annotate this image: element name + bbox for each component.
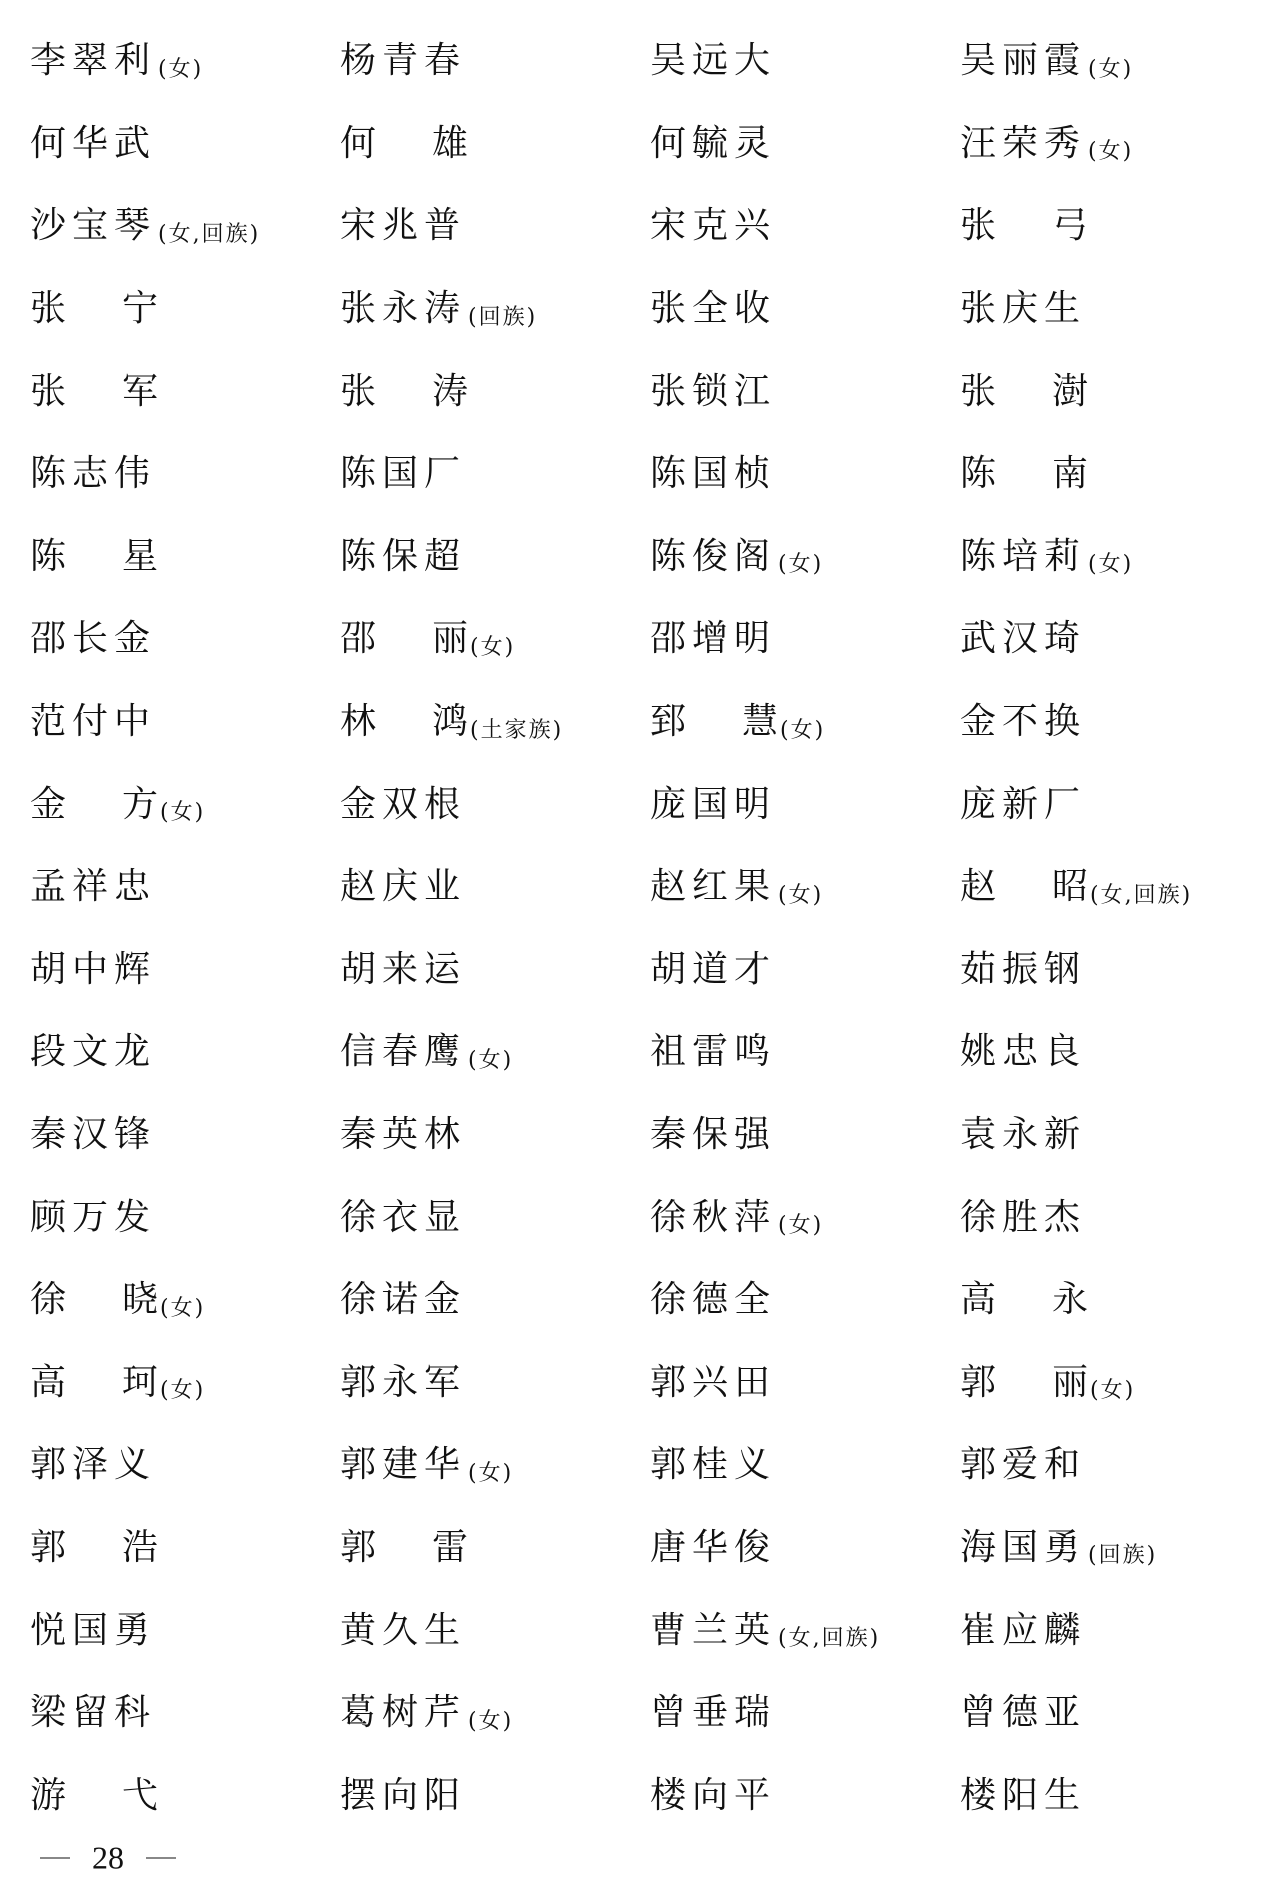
- name-annotation: (女): [158, 52, 203, 83]
- person-name: 信春鹰: [340, 1034, 466, 1070]
- name-char: 张: [30, 291, 66, 327]
- person-name: 庞新厂: [960, 787, 1086, 823]
- name-annotation: (女,回族): [1090, 878, 1192, 909]
- person-name: 顾万发: [30, 1200, 156, 1236]
- name-char: 张: [960, 374, 996, 410]
- name-annotation: (女): [778, 547, 823, 578]
- person-name: 陈国厂: [340, 456, 466, 492]
- name-entry: 吴远大: [650, 20, 960, 103]
- name-char: 雄: [432, 126, 468, 162]
- person-name: 徐诺金: [340, 1282, 466, 1318]
- person-name: 陈国桢: [650, 456, 776, 492]
- person-name: 赵庆业: [340, 869, 466, 905]
- name-entry: 徐秋萍(女): [650, 1176, 960, 1259]
- name-annotation: (女): [160, 1291, 205, 1322]
- name-entry: 吴丽霞(女): [960, 20, 1270, 103]
- name-char: 何: [340, 126, 376, 162]
- person-name: 徐德全: [650, 1282, 776, 1318]
- person-name: 曹兰英: [650, 1613, 776, 1649]
- name-entry: 杨青春: [340, 20, 650, 103]
- name-entry: 顾万发: [30, 1176, 340, 1259]
- person-name: 段文龙: [30, 1034, 156, 1070]
- name-char: 永: [1052, 1282, 1088, 1318]
- person-name: 武汉琦: [960, 621, 1086, 657]
- name-annotation: (回族): [468, 300, 537, 331]
- name-char: 方: [122, 787, 158, 823]
- person-name: 孟祥忠: [30, 869, 156, 905]
- name-entry: 郭兴田: [650, 1342, 960, 1425]
- person-name: 何华武: [30, 126, 156, 162]
- person-name: 郭爱和: [960, 1447, 1086, 1483]
- name-entry: 郭泽义: [30, 1424, 340, 1507]
- name-char: 弓: [1052, 208, 1088, 244]
- person-name: 袁永新: [960, 1117, 1086, 1153]
- page-footer: 28: [40, 1840, 176, 1877]
- name-entry: 段文龙: [30, 1011, 340, 1094]
- person-name: 张全收: [650, 291, 776, 327]
- person-name: 郭永军: [340, 1365, 466, 1401]
- name-entry: 邵丽(女): [340, 598, 650, 681]
- person-name: 陈俊阁: [650, 539, 776, 575]
- person-name: 宋克兴: [650, 208, 776, 244]
- name-entry: 袁永新: [960, 1094, 1270, 1177]
- name-char: 南: [1052, 456, 1088, 492]
- person-name: 葛树芹: [340, 1695, 466, 1731]
- name-entry: 曾垂瑞: [650, 1672, 960, 1755]
- name-entry: 宋兆普: [340, 185, 650, 268]
- person-name: 李翠利: [30, 43, 156, 79]
- person-name: 胡道才: [650, 952, 776, 988]
- name-entry: 秦保强: [650, 1094, 960, 1177]
- name-annotation: (土家族): [470, 713, 563, 744]
- name-char: 珂: [122, 1365, 158, 1401]
- person-name: 吴丽霞: [960, 43, 1086, 79]
- name-entry: 张宁: [30, 268, 340, 351]
- name-entry: 范付中: [30, 681, 340, 764]
- person-name: 郭浩: [30, 1530, 158, 1566]
- name-char: 金: [30, 787, 66, 823]
- person-name: 张弓: [960, 208, 1088, 244]
- name-char: 高: [960, 1282, 996, 1318]
- person-name: 唐华俊: [650, 1530, 776, 1566]
- person-name: 杨青春: [340, 43, 466, 79]
- footer-dash-right: [146, 1857, 176, 1859]
- person-name: 张永涛: [340, 291, 466, 327]
- name-entry: 张锁江: [650, 350, 960, 433]
- person-name: 邵长金: [30, 621, 156, 657]
- person-name: 吴远大: [650, 43, 776, 79]
- name-char: 张: [340, 374, 376, 410]
- name-entry: 张弓: [960, 185, 1270, 268]
- person-name: 茹振钢: [960, 952, 1086, 988]
- name-char: 张: [30, 374, 66, 410]
- person-name: 张澍: [960, 374, 1088, 410]
- person-name: 范付中: [30, 704, 156, 740]
- name-entry: 高珂(女): [30, 1342, 340, 1425]
- name-entry: 摆向阳: [340, 1754, 650, 1837]
- name-entry: 胡道才: [650, 929, 960, 1012]
- name-entry: 邵长金: [30, 598, 340, 681]
- person-name: 郭建华: [340, 1447, 466, 1483]
- name-entry: 徐衣显: [340, 1176, 650, 1259]
- name-char: 陈: [960, 456, 996, 492]
- person-name: 赵红果: [650, 869, 776, 905]
- name-char: 丽: [1052, 1365, 1088, 1401]
- name-entry: 陈培莉(女): [960, 516, 1270, 599]
- person-name: 陈保超: [340, 539, 466, 575]
- name-entry: 信春鹰(女): [340, 1011, 650, 1094]
- name-entry: 郭雷: [340, 1507, 650, 1590]
- name-entry: 郭爱和: [960, 1424, 1270, 1507]
- name-entry: 游弋: [30, 1754, 340, 1837]
- person-name: 林鸿: [340, 704, 468, 740]
- name-char: 澍: [1052, 374, 1088, 410]
- person-name: 郭兴田: [650, 1365, 776, 1401]
- name-entry: 庞国明: [650, 763, 960, 846]
- name-char: 郭: [340, 1530, 376, 1566]
- person-name: 秦英林: [340, 1117, 466, 1153]
- name-entry: 唐华俊: [650, 1507, 960, 1590]
- name-char: 郅: [650, 704, 686, 740]
- name-entry: 赵红果(女): [650, 846, 960, 929]
- name-entry: 秦汉锋: [30, 1094, 340, 1177]
- name-entry: 悦国勇: [30, 1589, 340, 1672]
- person-name: 沙宝琴: [30, 208, 156, 244]
- name-annotation: (女): [780, 713, 825, 744]
- person-name: 张宁: [30, 291, 158, 327]
- name-entry: 陈俊阁(女): [650, 516, 960, 599]
- name-entry: 郭建华(女): [340, 1424, 650, 1507]
- name-annotation: (女): [1088, 547, 1133, 578]
- name-entry: 陈南: [960, 433, 1270, 516]
- person-name: 陈星: [30, 539, 158, 575]
- name-entry: 郭丽(女): [960, 1342, 1270, 1425]
- person-name: 高珂: [30, 1365, 158, 1401]
- person-name: 陈培莉: [960, 539, 1086, 575]
- name-entry: 高永: [960, 1259, 1270, 1342]
- name-entry: 秦英林: [340, 1094, 650, 1177]
- name-entry: 徐晓(女): [30, 1259, 340, 1342]
- person-name: 徐秋萍: [650, 1200, 776, 1236]
- name-entry: 汪荣秀(女): [960, 103, 1270, 186]
- name-entry: 孟祥忠: [30, 846, 340, 929]
- name-entry: 胡来运: [340, 929, 650, 1012]
- name-char: 星: [122, 539, 158, 575]
- person-name: 庞国明: [650, 787, 776, 823]
- name-char: 赵: [960, 869, 996, 905]
- person-name: 陈志伟: [30, 456, 156, 492]
- name-entry: 郭桂义: [650, 1424, 960, 1507]
- person-name: 游弋: [30, 1778, 158, 1814]
- name-char: 晓: [122, 1282, 158, 1318]
- name-entry: 徐德全: [650, 1259, 960, 1342]
- person-name: 何雄: [340, 126, 468, 162]
- name-entry: 金不换: [960, 681, 1270, 764]
- person-name: 祖雷鸣: [650, 1034, 776, 1070]
- name-entry: 赵昭(女,回族): [960, 846, 1270, 929]
- name-annotation: (女): [778, 878, 823, 909]
- name-entry: 郭浩: [30, 1507, 340, 1590]
- name-entry: 陈志伟: [30, 433, 340, 516]
- person-name: 曾德亚: [960, 1695, 1086, 1731]
- person-name: 曾垂瑞: [650, 1695, 776, 1731]
- name-entry: 茹振钢: [960, 929, 1270, 1012]
- person-name: 楼向平: [650, 1778, 776, 1814]
- person-name: 徐胜杰: [960, 1200, 1086, 1236]
- name-annotation: (女,回族): [778, 1621, 880, 1652]
- name-char: 宁: [122, 291, 158, 327]
- person-name: 秦汉锋: [30, 1117, 156, 1153]
- person-name: 张军: [30, 374, 158, 410]
- name-entry: 何雄: [340, 103, 650, 186]
- person-name: 摆向阳: [340, 1778, 466, 1814]
- footer-dash-left: [40, 1857, 70, 1859]
- name-annotation: (女): [468, 1704, 513, 1735]
- person-name: 郭桂义: [650, 1447, 776, 1483]
- name-entry: 张澍: [960, 350, 1270, 433]
- person-name: 楼阳生: [960, 1778, 1086, 1814]
- name-annotation: (女,回族): [158, 217, 260, 248]
- name-annotation: (女): [778, 1208, 823, 1239]
- name-annotation: (女): [160, 1373, 205, 1404]
- person-name: 黄久生: [340, 1613, 466, 1649]
- person-name: 赵昭: [960, 869, 1088, 905]
- name-entry: 张涛: [340, 350, 650, 433]
- person-name: 梁留科: [30, 1695, 156, 1731]
- person-name: 何毓灵: [650, 126, 776, 162]
- person-name: 高永: [960, 1282, 1088, 1318]
- name-annotation: (回族): [1088, 1538, 1157, 1569]
- name-annotation: (女): [1088, 134, 1133, 165]
- name-entry: 张军: [30, 350, 340, 433]
- name-entry: 陈国厂: [340, 433, 650, 516]
- name-entry: 楼向平: [650, 1754, 960, 1837]
- name-char: 雷: [432, 1530, 468, 1566]
- name-char: 郭: [30, 1530, 66, 1566]
- name-entry: 陈保超: [340, 516, 650, 599]
- person-name: 海国勇: [960, 1530, 1086, 1566]
- page-number: 28: [92, 1840, 124, 1877]
- name-entry: 邵增明: [650, 598, 960, 681]
- name-entry: 崔应麟: [960, 1589, 1270, 1672]
- name-char: 慧: [742, 704, 778, 740]
- person-name: 陈南: [960, 456, 1088, 492]
- name-char: 林: [340, 704, 376, 740]
- person-name: 金双根: [340, 787, 466, 823]
- name-entry: 葛树芹(女): [340, 1672, 650, 1755]
- person-name: 徐衣显: [340, 1200, 466, 1236]
- document-page: 李翠利(女)杨青春吴远大吴丽霞(女)何华武何雄何毓灵汪荣秀(女)沙宝琴(女,回族…: [0, 0, 1277, 1889]
- name-entry: 张全收: [650, 268, 960, 351]
- name-annotation: (女): [468, 1456, 513, 1487]
- person-name: 金不换: [960, 704, 1086, 740]
- person-name: 崔应麟: [960, 1613, 1086, 1649]
- name-entry: 祖雷鸣: [650, 1011, 960, 1094]
- name-entry: 陈星: [30, 516, 340, 599]
- name-char: 游: [30, 1778, 66, 1814]
- name-char: 郭: [960, 1365, 996, 1401]
- name-entry: 徐诺金: [340, 1259, 650, 1342]
- name-annotation: (女): [470, 630, 515, 661]
- name-entry: 何毓灵: [650, 103, 960, 186]
- name-entry: 郭永军: [340, 1342, 650, 1425]
- name-char: 昭: [1052, 869, 1088, 905]
- name-entry: 楼阳生: [960, 1754, 1270, 1837]
- name-char: 军: [122, 374, 158, 410]
- name-char: 涛: [432, 374, 468, 410]
- person-name: 张涛: [340, 374, 468, 410]
- person-name: 汪荣秀: [960, 126, 1086, 162]
- name-entry: 曾德亚: [960, 1672, 1270, 1755]
- person-name: 郭泽义: [30, 1447, 156, 1483]
- person-name: 郭丽: [960, 1365, 1088, 1401]
- name-annotation: (女): [468, 1043, 513, 1074]
- name-entry: 张庆生: [960, 268, 1270, 351]
- name-entry: 庞新厂: [960, 763, 1270, 846]
- name-entry: 郅慧(女): [650, 681, 960, 764]
- person-name: 悦国勇: [30, 1613, 156, 1649]
- name-char: 浩: [122, 1530, 158, 1566]
- name-entry: 赵庆业: [340, 846, 650, 929]
- name-char: 丽: [432, 621, 468, 657]
- name-entry: 林鸿(土家族): [340, 681, 650, 764]
- name-entry: 黄久生: [340, 1589, 650, 1672]
- name-entry: 海国勇(回族): [960, 1507, 1270, 1590]
- name-entry: 梁留科: [30, 1672, 340, 1755]
- person-name: 姚忠良: [960, 1034, 1086, 1070]
- person-name: 金方: [30, 787, 158, 823]
- name-char: 弋: [122, 1778, 158, 1814]
- name-annotation: (女): [1090, 1373, 1135, 1404]
- name-entry: 宋克兴: [650, 185, 960, 268]
- name-entry: 李翠利(女): [30, 20, 340, 103]
- name-char: 张: [960, 208, 996, 244]
- person-name: 张庆生: [960, 291, 1086, 327]
- person-name: 张锁江: [650, 374, 776, 410]
- name-char: 邵: [340, 621, 376, 657]
- person-name: 胡中辉: [30, 952, 156, 988]
- name-entry: 金方(女): [30, 763, 340, 846]
- person-name: 徐晓: [30, 1282, 158, 1318]
- name-entry: 姚忠良: [960, 1011, 1270, 1094]
- name-annotation: (女): [1088, 52, 1133, 83]
- person-name: 胡来运: [340, 952, 466, 988]
- name-annotation: (女): [160, 795, 205, 826]
- name-entry: 何华武: [30, 103, 340, 186]
- person-name: 邵丽: [340, 621, 468, 657]
- name-char: 高: [30, 1365, 66, 1401]
- person-name: 郭雷: [340, 1530, 468, 1566]
- person-name: 秦保强: [650, 1117, 776, 1153]
- name-entry: 胡中辉: [30, 929, 340, 1012]
- name-char: 鸿: [432, 704, 468, 740]
- person-name: 郅慧: [650, 704, 778, 740]
- person-name: 邵增明: [650, 621, 776, 657]
- person-name: 宋兆普: [340, 208, 466, 244]
- name-entry: 曹兰英(女,回族): [650, 1589, 960, 1672]
- name-entry: 金双根: [340, 763, 650, 846]
- name-char: 徐: [30, 1282, 66, 1318]
- name-entry: 陈国桢: [650, 433, 960, 516]
- name-entry: 徐胜杰: [960, 1176, 1270, 1259]
- name-list: 李翠利(女)杨青春吴远大吴丽霞(女)何华武何雄何毓灵汪荣秀(女)沙宝琴(女,回族…: [30, 20, 1270, 1837]
- name-entry: 武汉琦: [960, 598, 1270, 681]
- name-entry: 沙宝琴(女,回族): [30, 185, 340, 268]
- name-char: 陈: [30, 539, 66, 575]
- name-entry: 张永涛(回族): [340, 268, 650, 351]
